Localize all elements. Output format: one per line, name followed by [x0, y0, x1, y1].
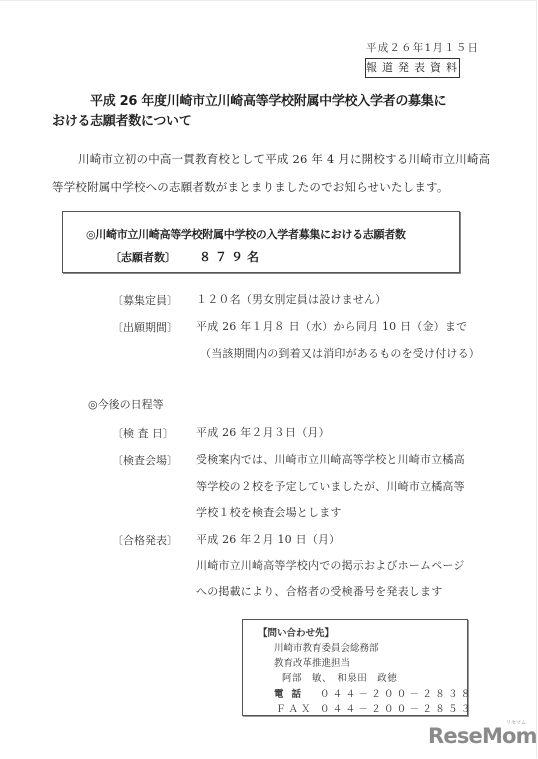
release-date: 平成２６年1月１５日 [366, 40, 479, 55]
exam-venue-label: 〔検査会場〕 [112, 452, 178, 468]
exam-date-value: 平成 26 年２月３日（月） [196, 424, 330, 440]
exam-venue-line-3: 学校１校を検査会場とします [196, 504, 342, 520]
document-title: 平成 26 年度川崎市立川崎高等学校附属中学校入学者の募集に おける志願者数につ… [52, 92, 446, 132]
intro-paragraph: 川崎市立初の中高一貫教育校として平成 26 年 4 月に開校する川崎市立川崎高 … [52, 145, 490, 201]
applicant-count-value: ８７９名 [199, 248, 263, 265]
results-label: 〔合格発表〕 [112, 532, 178, 548]
capacity-label: 〔募集定員〕 [112, 292, 178, 308]
contact-department: 川崎市教育委員会総務部 [274, 640, 379, 654]
contact-tel-label: 電話 [274, 686, 309, 700]
applicant-count-label: 〔志願者数〕 [110, 249, 176, 265]
press-release-label: 報道発表資料 [365, 58, 460, 78]
contact-fax: ０４４－２００－２８５３ [320, 701, 474, 715]
intro-line-2: 等学校附属中学校への志願者数がまとまりましたのでお知らせいたします。 [52, 173, 490, 201]
exam-venue-line-2: 等学校の２校を予定していましたが、川崎市立橘高等 [196, 478, 465, 494]
intro-line-1: 川崎市立初の中高一貫教育校として平成 26 年 4 月に開校する川崎市立川崎高 [52, 145, 490, 173]
contact-unit: 教育改革推進担当 [274, 655, 350, 669]
application-period-label: 〔出願期間〕 [112, 319, 178, 335]
title-line-2: おける志願者数について [52, 112, 446, 132]
results-line-3: への掲載により、合格者の受検番号を発表します [196, 583, 442, 599]
application-period-value: 平成 26 年１月８ 日（水）から同月 10 日（金）まで [196, 318, 467, 334]
resemom-logo: ReseMom [428, 724, 537, 748]
results-line-1: 平成 26 年２月 10 日（月） [196, 531, 340, 547]
contact-names: 阿部 敏、 和泉田 政徳 [282, 670, 397, 684]
applicant-box-heading: ◎川崎市立川崎高等学校附属中学校の入学者募集における志願者数 [86, 226, 406, 242]
exam-venue-line-1: 受検案内では、川崎市立川崎高等学校と川崎市立橘高 [196, 451, 465, 467]
capacity-value: １２０名（男女別定員は設けません） [196, 291, 386, 307]
title-line-1: 平成 26 年度川崎市立川崎高等学校附属中学校入学者の募集に [52, 92, 446, 112]
schedule-heading: ◎今後の日程等 [88, 396, 164, 412]
contact-title: 【問い合わせ先】 [258, 625, 334, 639]
contact-tel: ０４４－２００－２８３８ [320, 686, 474, 700]
application-period-note: （当該期間内の到着又は消印があるものを受け付ける） [200, 345, 480, 361]
exam-date-label: 〔検 査 日〕 [112, 425, 174, 441]
results-line-2: 川崎市立川崎高等学校内での掲示およびホームページ [196, 557, 465, 573]
contact-fax-label: ＦＡＸ [276, 701, 314, 715]
